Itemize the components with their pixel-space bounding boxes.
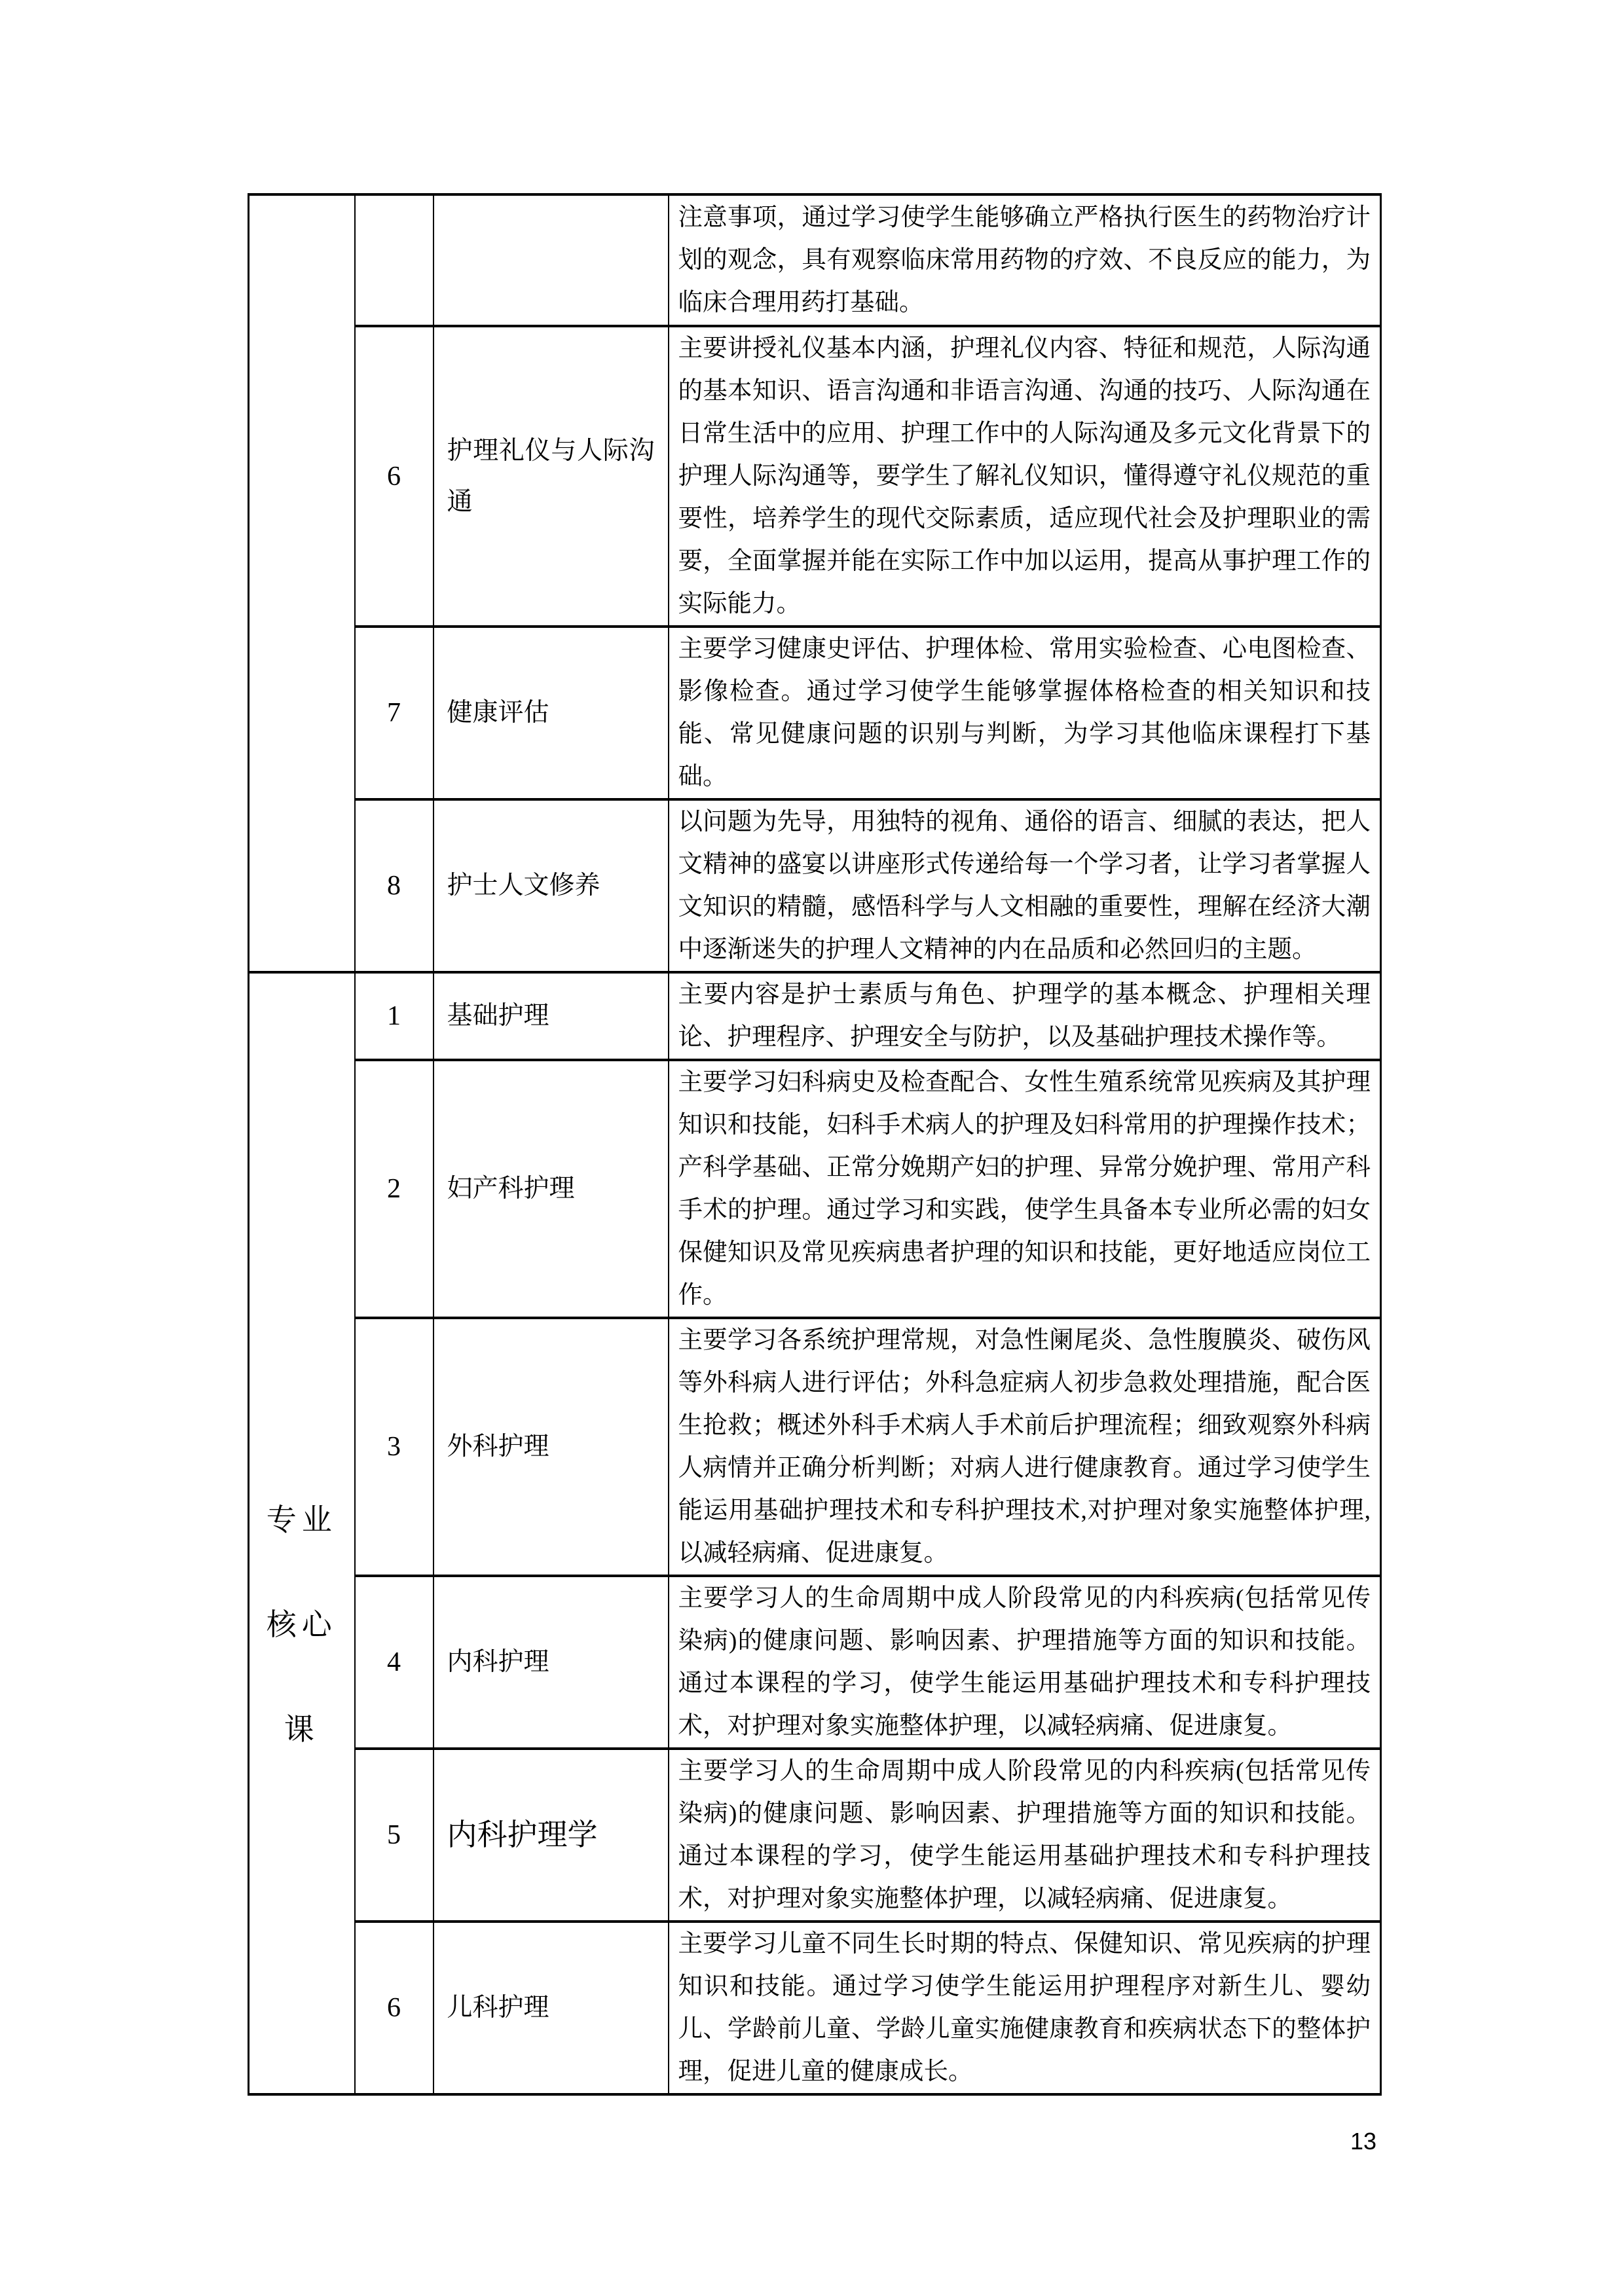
category-line: 核心 [250, 1573, 354, 1677]
table-row: 6 护理礼仪与人际沟通 主要讲授礼仪基本内涵，护理礼仪内容、特征和规范，人际沟通… [249, 326, 1381, 627]
course-number-cell: 4 [355, 1576, 434, 1749]
course-description-cell: 主要学习人的生命周期中成人阶段常见的内科疾病(包括常见传染病)的健康问题、影响因… [669, 1576, 1381, 1749]
table-row: 6 儿科护理 主要学习儿童不同生长时期的特点、保健知识、常见疾病的护理知识和技能… [249, 1922, 1381, 2094]
category-cell-empty [249, 194, 355, 972]
table-row: 专业 核心 课 1 基础护理 主要内容是护士素质与角色、护理学的基本概念、护理相… [249, 972, 1381, 1060]
course-number-cell [355, 194, 434, 326]
course-name-cell: 内科护理 [434, 1576, 669, 1749]
course-number-cell: 2 [355, 1060, 434, 1318]
course-name-cell: 健康评估 [434, 627, 669, 799]
course-description-cell: 主要内容是护士素质与角色、护理学的基本概念、护理相关理论、护理程序、护理安全与防… [669, 972, 1381, 1060]
document-page: 注意事项，通过学习使学生能够确立严格执行医生的药物治疗计划的观念，具有观察临床常… [0, 0, 1624, 2296]
table-row: 8 护士人文修养 以问题为先导，用独特的视角、通俗的语言、细腻的表达，把人文精神… [249, 799, 1381, 972]
course-name-cell: 内科护理学 [434, 1749, 669, 1922]
table-row: 5 内科护理学 主要学习人的生命周期中成人阶段常见的内科疾病(包括常见传染病)的… [249, 1749, 1381, 1922]
course-name-cell: 护理礼仪与人际沟通 [434, 326, 669, 627]
course-number-cell: 6 [355, 1922, 434, 2094]
table-row: 注意事项，通过学习使学生能够确立严格执行医生的药物治疗计划的观念，具有观察临床常… [249, 194, 1381, 326]
course-number-cell: 7 [355, 627, 434, 799]
course-name-cell: 基础护理 [434, 972, 669, 1060]
table-row: 7 健康评估 主要学习健康史评估、护理体检、常用实验检查、心电图检查、影像检查。… [249, 627, 1381, 799]
course-description-cell: 主要学习儿童不同生长时期的特点、保健知识、常见疾病的护理知识和技能。通过学习使学… [669, 1922, 1381, 2094]
category-cell: 专业 核心 课 [249, 972, 355, 2094]
course-name-cell: 儿科护理 [434, 1922, 669, 2094]
course-table: 注意事项，通过学习使学生能够确立严格执行医生的药物治疗计划的观念，具有观察临床常… [248, 193, 1382, 2096]
course-name-cell [434, 194, 669, 326]
course-number-cell: 5 [355, 1749, 434, 1922]
course-number-cell: 8 [355, 799, 434, 972]
page-number: 13 [1350, 2128, 1376, 2155]
course-name-cell: 妇产科护理 [434, 1060, 669, 1318]
course-description-cell: 主要学习人的生命周期中成人阶段常见的内科疾病(包括常见传染病)的健康问题、影响因… [669, 1749, 1381, 1922]
course-number-cell: 6 [355, 326, 434, 627]
course-description-cell: 以问题为先导，用独特的视角、通俗的语言、细腻的表达，把人文精神的盛宴以讲座形式传… [669, 799, 1381, 972]
table-row: 2 妇产科护理 主要学习妇科病史及检查配合、女性生殖系统常见疾病及其护理知识和技… [249, 1060, 1381, 1318]
course-number-cell: 1 [355, 972, 434, 1060]
table-row: 4 内科护理 主要学习人的生命周期中成人阶段常见的内科疾病(包括常见传染病)的健… [249, 1576, 1381, 1749]
course-name-cell: 护士人文修养 [434, 799, 669, 972]
course-description-cell: 主要学习健康史评估、护理体检、常用实验检查、心电图检查、影像检查。通过学习使学生… [669, 627, 1381, 799]
course-description-cell: 注意事项，通过学习使学生能够确立严格执行医生的药物治疗计划的观念，具有观察临床常… [669, 194, 1381, 326]
category-line: 专业 [250, 1468, 354, 1573]
course-description-cell: 主要学习妇科病史及检查配合、女性生殖系统常见疾病及其护理知识和技能，妇科手术病人… [669, 1060, 1381, 1318]
course-name-cell: 外科护理 [434, 1318, 669, 1576]
course-number-cell: 3 [355, 1318, 434, 1576]
course-description-cell: 主要讲授礼仪基本内涵，护理礼仪内容、特征和规范，人际沟通的基本知识、语言沟通和非… [669, 326, 1381, 627]
table-row: 3 外科护理 主要学习各系统护理常规，对急性阑尾炎、急性腹膜炎、破伤风等外科病人… [249, 1318, 1381, 1576]
category-line: 课 [250, 1677, 354, 1782]
course-description-cell: 主要学习各系统护理常规，对急性阑尾炎、急性腹膜炎、破伤风等外科病人进行评估；外科… [669, 1318, 1381, 1576]
